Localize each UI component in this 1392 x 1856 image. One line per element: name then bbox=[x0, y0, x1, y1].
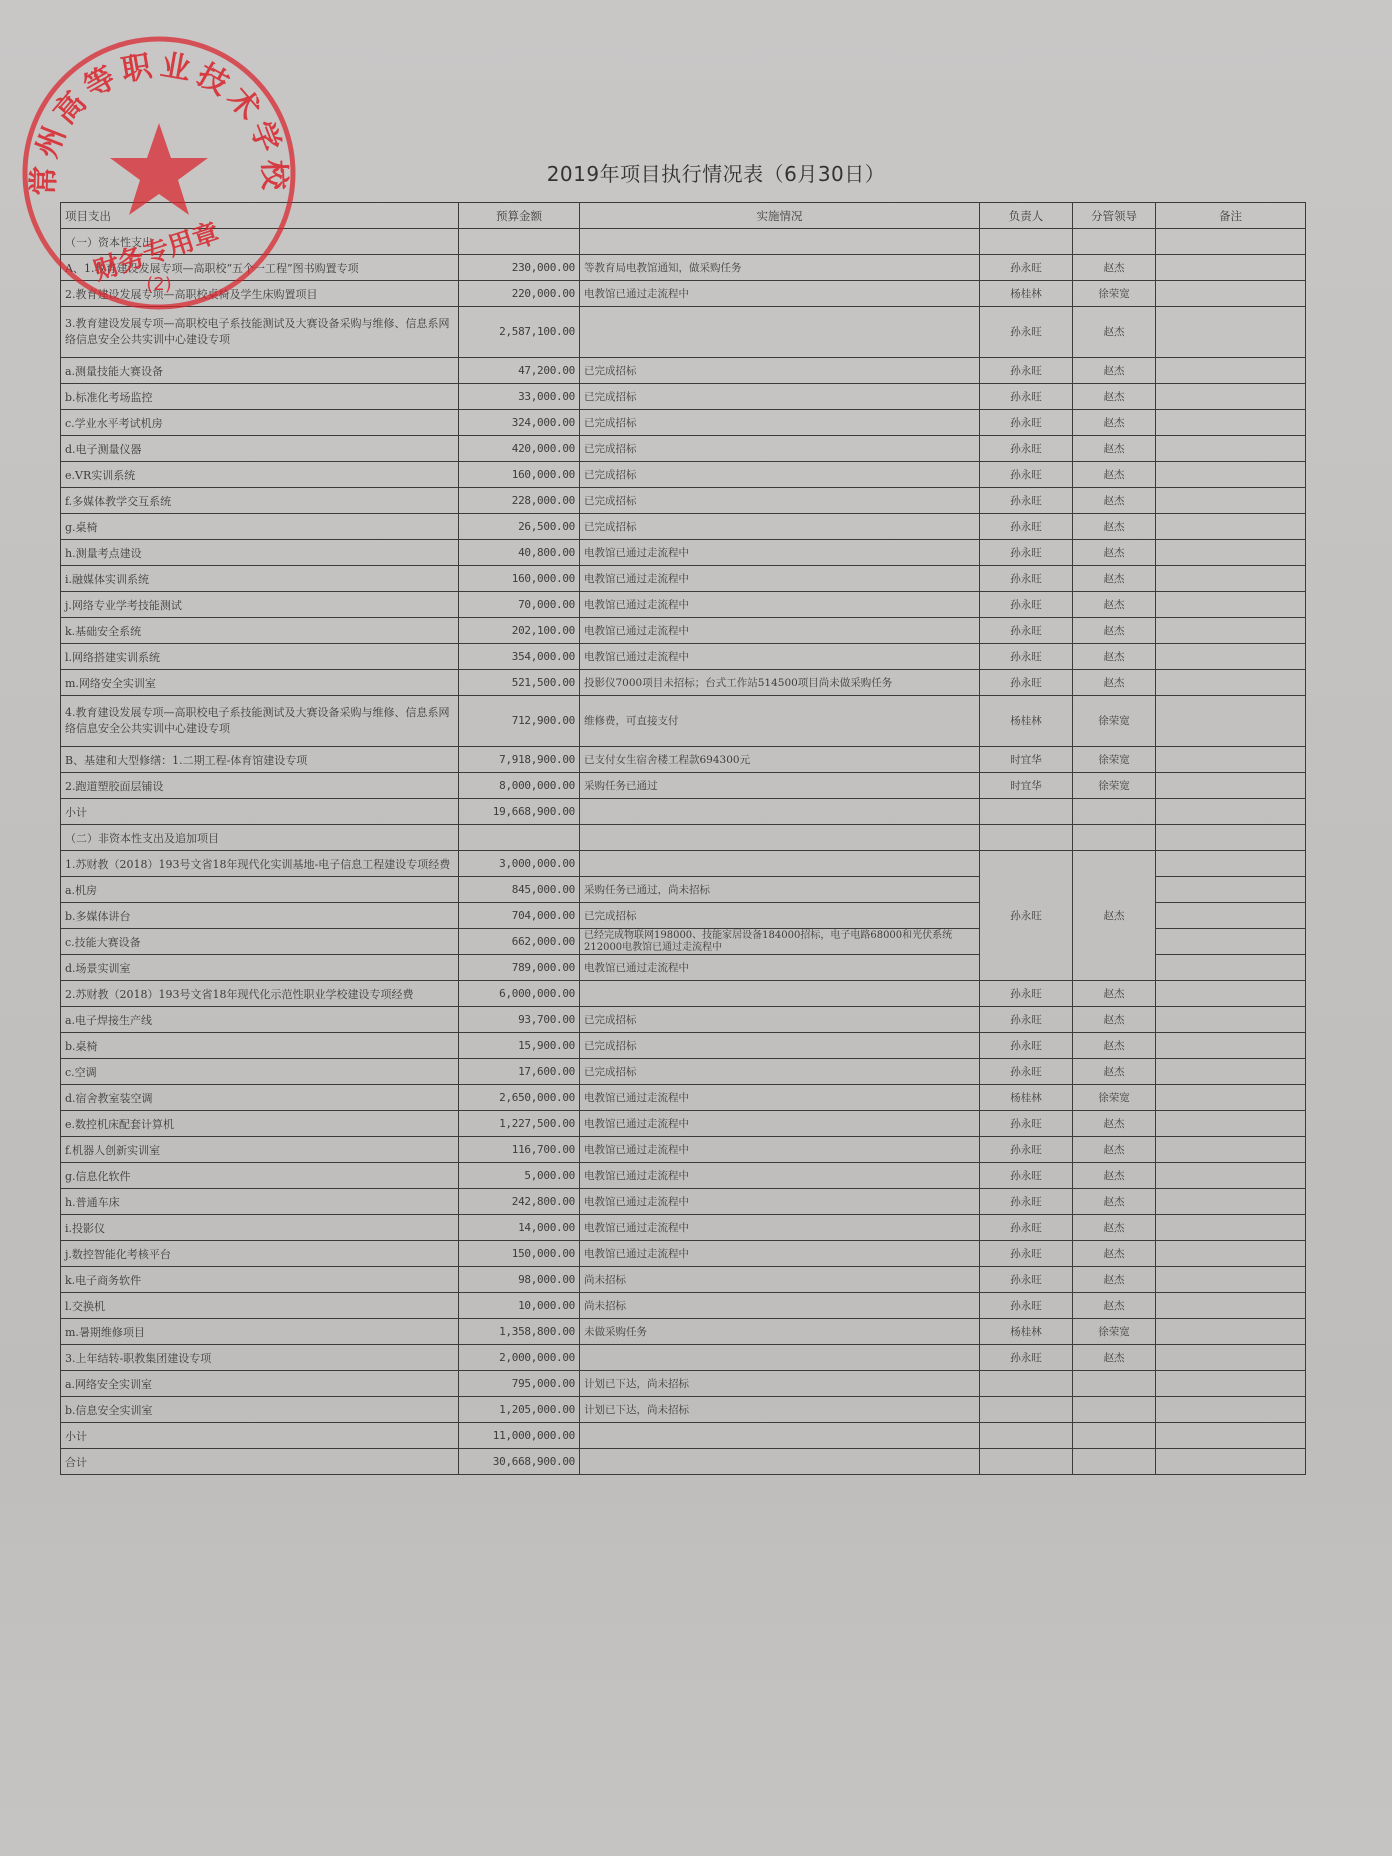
table-row: c.学业水平考试机房324,000.00已完成招标孙永旺赵杰 bbox=[61, 410, 1306, 436]
status-cell: 已支付女生宿舍楼工程款694300元 bbox=[580, 747, 980, 773]
status-cell: 已完成招标 bbox=[580, 488, 980, 514]
amount-cell: 521,500.00 bbox=[459, 670, 580, 696]
note-cell bbox=[1156, 1319, 1306, 1345]
item-cell: i.融媒体实训系统 bbox=[61, 566, 459, 592]
note-cell bbox=[1156, 1397, 1306, 1423]
person-cell: 孙永旺 bbox=[980, 307, 1073, 358]
note-cell bbox=[1156, 488, 1306, 514]
amount-cell: 220,000.00 bbox=[459, 281, 580, 307]
leader-cell: 赵杰 bbox=[1073, 1033, 1156, 1059]
note-cell bbox=[1156, 358, 1306, 384]
table-row: d.宿舍教室装空调2,650,000.00电教馆已通过走流程中杨桂林徐荣宽 bbox=[61, 1085, 1306, 1111]
item-cell: d.场景实训室 bbox=[61, 955, 459, 981]
header-status: 实施情况 bbox=[580, 203, 980, 229]
leader-cell: 赵杰 bbox=[1073, 644, 1156, 670]
item-cell: 2.跑道塑胶面层铺设 bbox=[61, 773, 459, 799]
leader-cell: 赵杰 bbox=[1073, 410, 1156, 436]
status-cell: 已完成招标 bbox=[580, 462, 980, 488]
table-row: c.空调17,600.00已完成招标孙永旺赵杰 bbox=[61, 1059, 1306, 1085]
table-row: a.网络安全实训室795,000.00计划已下达，尚未招标 bbox=[61, 1371, 1306, 1397]
note-cell bbox=[1156, 1059, 1306, 1085]
person-cell: 孙永旺 bbox=[980, 540, 1073, 566]
person-cell: 孙永旺 bbox=[980, 1007, 1073, 1033]
item-cell: f.多媒体教学交互系统 bbox=[61, 488, 459, 514]
note-cell bbox=[1156, 1033, 1306, 1059]
status-cell: 未做采购任务 bbox=[580, 1319, 980, 1345]
note-cell bbox=[1156, 410, 1306, 436]
item-cell: h.测量考点建设 bbox=[61, 540, 459, 566]
table-row: 小计11,000,000.00 bbox=[61, 1423, 1306, 1449]
table-row: e.数控机床配套计算机1,227,500.00电教馆已通过走流程中孙永旺赵杰 bbox=[61, 1111, 1306, 1137]
person-cell: 孙永旺 bbox=[980, 384, 1073, 410]
amount-cell: 40,800.00 bbox=[459, 540, 580, 566]
table-row: g.桌椅26,500.00已完成招标孙永旺赵杰 bbox=[61, 514, 1306, 540]
status-cell: 计划已下达，尚未招标 bbox=[580, 1397, 980, 1423]
leader-cell: 赵杰 bbox=[1073, 1163, 1156, 1189]
item-cell: a.机房 bbox=[61, 877, 459, 903]
note-cell bbox=[1156, 1423, 1306, 1449]
item-cell: a.网络安全实训室 bbox=[61, 1371, 459, 1397]
status-cell: 尚未招标 bbox=[580, 1267, 980, 1293]
leader-cell: 赵杰 bbox=[1073, 1215, 1156, 1241]
status-cell: 采购任务已通过，尚未招标 bbox=[580, 877, 980, 903]
status-cell: 已完成招标 bbox=[580, 358, 980, 384]
table-row: B、基建和大型修缮：1.二期工程-体育馆建设专项7,918,900.00已支付女… bbox=[61, 747, 1306, 773]
table-row: i.融媒体实训系统160,000.00电教馆已通过走流程中孙永旺赵杰 bbox=[61, 566, 1306, 592]
person-cell: 孙永旺 bbox=[980, 1111, 1073, 1137]
note-cell bbox=[1156, 696, 1306, 747]
item-cell: （一）资本性支出 bbox=[61, 229, 459, 255]
table-row: j.网络专业学考技能测试70,000.00电教馆已通过走流程中孙永旺赵杰 bbox=[61, 592, 1306, 618]
note-cell bbox=[1156, 877, 1306, 903]
note-cell bbox=[1156, 851, 1306, 877]
leader-cell: 赵杰 bbox=[1073, 1345, 1156, 1371]
item-cell: e.VR实训系统 bbox=[61, 462, 459, 488]
item-cell: b.多媒体讲台 bbox=[61, 903, 459, 929]
item-cell: 1.苏财教（2018）193号文省18年现代化实训基地-电子信息工程建设专项经费 bbox=[61, 851, 459, 877]
leader-cell: 赵杰 bbox=[1073, 358, 1156, 384]
person-cell: 孙永旺 bbox=[980, 255, 1073, 281]
item-cell: A、1.教育建设发展专项—高职校“五个一工程”图书购置专项 bbox=[61, 255, 459, 281]
status-cell: 电教馆已通过走流程中 bbox=[580, 540, 980, 566]
status-cell: 已完成招标 bbox=[580, 436, 980, 462]
table-row: a.测量技能大赛设备47,200.00已完成招标孙永旺赵杰 bbox=[61, 358, 1306, 384]
note-cell bbox=[1156, 566, 1306, 592]
person-cell: 孙永旺 bbox=[980, 1241, 1073, 1267]
leader-cell: 赵杰 bbox=[1073, 1007, 1156, 1033]
table-row: b.信息安全实训室1,205,000.00计划已下达，尚未招标 bbox=[61, 1397, 1306, 1423]
amount-cell: 98,000.00 bbox=[459, 1267, 580, 1293]
person-cell: 孙永旺 bbox=[980, 1215, 1073, 1241]
note-cell bbox=[1156, 384, 1306, 410]
note-cell bbox=[1156, 307, 1306, 358]
leader-cell bbox=[1073, 1449, 1156, 1475]
status-cell: 采购任务已通过 bbox=[580, 773, 980, 799]
status-cell bbox=[580, 1345, 980, 1371]
amount-cell: 1,358,800.00 bbox=[459, 1319, 580, 1345]
item-cell: g.桌椅 bbox=[61, 514, 459, 540]
table-row: l.网络搭建实训系统354,000.00电教馆已通过走流程中孙永旺赵杰 bbox=[61, 644, 1306, 670]
document-title: 2019年项目执行情况表（6月30日） bbox=[0, 158, 1392, 187]
amount-cell: 230,000.00 bbox=[459, 255, 580, 281]
status-cell: 电教馆已通过走流程中 bbox=[580, 592, 980, 618]
note-cell bbox=[1156, 825, 1306, 851]
note-cell bbox=[1156, 462, 1306, 488]
amount-cell: 2,650,000.00 bbox=[459, 1085, 580, 1111]
person-cell: 杨桂林 bbox=[980, 1085, 1073, 1111]
table-row: 4.教育建设发展专项—高职校电子系技能测试及大赛设备采购与维修、信息系网络信息安… bbox=[61, 696, 1306, 747]
amount-cell: 1,205,000.00 bbox=[459, 1397, 580, 1423]
amount-cell: 26,500.00 bbox=[459, 514, 580, 540]
amount-cell: 2,587,100.00 bbox=[459, 307, 580, 358]
person-cell: 孙永旺 bbox=[980, 1059, 1073, 1085]
leader-cell bbox=[1073, 1423, 1156, 1449]
table-row: 2.跑道塑胶面层铺设8,000,000.00采购任务已通过时宜华徐荣宽 bbox=[61, 773, 1306, 799]
leader-cell: 赵杰 bbox=[1073, 1189, 1156, 1215]
table-row: j.数控智能化考核平台150,000.00电教馆已通过走流程中孙永旺赵杰 bbox=[61, 1241, 1306, 1267]
amount-cell: 3,000,000.00 bbox=[459, 851, 580, 877]
note-cell bbox=[1156, 903, 1306, 929]
status-cell bbox=[580, 1449, 980, 1475]
person-cell: 孙永旺 bbox=[980, 981, 1073, 1007]
item-cell: c.技能大赛设备 bbox=[61, 929, 459, 955]
leader-cell bbox=[1073, 229, 1156, 255]
leader-cell: 赵杰 bbox=[1073, 1111, 1156, 1137]
person-cell: 杨桂林 bbox=[980, 281, 1073, 307]
leader-cell: 赵杰 bbox=[1073, 1293, 1156, 1319]
leader-cell: 徐荣宽 bbox=[1073, 696, 1156, 747]
amount-cell: 19,668,900.00 bbox=[459, 799, 580, 825]
status-cell bbox=[580, 825, 980, 851]
note-cell bbox=[1156, 644, 1306, 670]
table-row: 3.教育建设发展专项—高职校电子系技能测试及大赛设备采购与维修、信息系网络信息安… bbox=[61, 307, 1306, 358]
header-item: 项目支出 bbox=[61, 203, 459, 229]
amount-cell: 8,000,000.00 bbox=[459, 773, 580, 799]
amount-cell: 30,668,900.00 bbox=[459, 1449, 580, 1475]
status-cell bbox=[580, 307, 980, 358]
note-cell bbox=[1156, 281, 1306, 307]
status-cell bbox=[580, 799, 980, 825]
status-cell: 计划已下达，尚未招标 bbox=[580, 1371, 980, 1397]
leader-cell: 徐荣宽 bbox=[1073, 773, 1156, 799]
table-header-row: 项目支出 预算金额 实施情况 负责人 分管领导 备注 bbox=[61, 203, 1306, 229]
item-cell: 合计 bbox=[61, 1449, 459, 1475]
status-cell: 电教馆已通过走流程中 bbox=[580, 644, 980, 670]
status-cell: 已经完成物联网198000、技能家居设备184000招标，电子电路68000和光… bbox=[580, 929, 980, 955]
table-row: （二）非资本性支出及追加项目 bbox=[61, 825, 1306, 851]
note-cell bbox=[1156, 436, 1306, 462]
amount-cell: 10,000.00 bbox=[459, 1293, 580, 1319]
status-cell bbox=[580, 981, 980, 1007]
note-cell bbox=[1156, 1371, 1306, 1397]
note-cell bbox=[1156, 1215, 1306, 1241]
project-execution-table: 项目支出 预算金额 实施情况 负责人 分管领导 备注 （一）资本性支出A、1.教… bbox=[60, 202, 1306, 1475]
header-leader: 分管领导 bbox=[1073, 203, 1156, 229]
table-row: k.基础安全系统202,100.00电教馆已通过走流程中孙永旺赵杰 bbox=[61, 618, 1306, 644]
amount-cell: 712,900.00 bbox=[459, 696, 580, 747]
person-cell: 孙永旺 bbox=[980, 1293, 1073, 1319]
note-cell bbox=[1156, 255, 1306, 281]
person-cell: 孙永旺 bbox=[980, 1033, 1073, 1059]
amount-cell bbox=[459, 229, 580, 255]
item-cell: i.投影仪 bbox=[61, 1215, 459, 1241]
item-cell: 小计 bbox=[61, 1423, 459, 1449]
person-cell: 孙永旺 bbox=[980, 358, 1073, 384]
person-cell: 孙永旺 bbox=[980, 644, 1073, 670]
table-row: 合计30,668,900.00 bbox=[61, 1449, 1306, 1475]
item-cell: h.普通车床 bbox=[61, 1189, 459, 1215]
table-row: b.标准化考场监控33,000.00已完成招标孙永旺赵杰 bbox=[61, 384, 1306, 410]
status-cell: 已完成招标 bbox=[580, 514, 980, 540]
status-cell: 电教馆已通过走流程中 bbox=[580, 566, 980, 592]
item-cell: b.标准化考场监控 bbox=[61, 384, 459, 410]
amount-cell: 845,000.00 bbox=[459, 877, 580, 903]
status-cell: 已完成招标 bbox=[580, 1059, 980, 1085]
item-cell: （二）非资本性支出及追加项目 bbox=[61, 825, 459, 851]
amount-cell: 704,000.00 bbox=[459, 903, 580, 929]
item-cell: 2.苏财教（2018）193号文省18年现代化示范性职业学校建设专项经费 bbox=[61, 981, 459, 1007]
amount-cell: 160,000.00 bbox=[459, 566, 580, 592]
item-cell: g.信息化软件 bbox=[61, 1163, 459, 1189]
table-row: m.网络安全实训室521,500.00投影仪7000项目未招标；台式工作站514… bbox=[61, 670, 1306, 696]
person-cell: 孙永旺 bbox=[980, 488, 1073, 514]
leader-cell: 赵杰 bbox=[1073, 981, 1156, 1007]
table-row: 1.苏财教（2018）193号文省18年现代化实训基地-电子信息工程建设专项经费… bbox=[61, 851, 1306, 877]
person-cell: 孙永旺 bbox=[980, 1267, 1073, 1293]
person-cell: 孙永旺 bbox=[980, 566, 1073, 592]
status-cell: 已完成招标 bbox=[580, 410, 980, 436]
item-cell: m.暑期维修项目 bbox=[61, 1319, 459, 1345]
header-note: 备注 bbox=[1156, 203, 1306, 229]
item-cell: a.测量技能大赛设备 bbox=[61, 358, 459, 384]
person-cell bbox=[980, 1449, 1073, 1475]
leader-cell: 赵杰 bbox=[1073, 384, 1156, 410]
leader-cell bbox=[1073, 1397, 1156, 1423]
note-cell bbox=[1156, 929, 1306, 955]
table-row: f.机器人创新实训室116,700.00电教馆已通过走流程中孙永旺赵杰 bbox=[61, 1137, 1306, 1163]
amount-cell: 33,000.00 bbox=[459, 384, 580, 410]
status-cell: 电教馆已通过走流程中 bbox=[580, 281, 980, 307]
leader-cell: 赵杰 bbox=[1073, 670, 1156, 696]
item-cell: a.电子焊接生产线 bbox=[61, 1007, 459, 1033]
status-cell: 已完成招标 bbox=[580, 1007, 980, 1033]
leader-cell: 赵杰 bbox=[1073, 1241, 1156, 1267]
item-cell: d.宿舍教室装空调 bbox=[61, 1085, 459, 1111]
status-cell: 电教馆已通过走流程中 bbox=[580, 1215, 980, 1241]
amount-cell: 160,000.00 bbox=[459, 462, 580, 488]
table-row: k.电子商务软件98,000.00尚未招标孙永旺赵杰 bbox=[61, 1267, 1306, 1293]
item-cell: k.电子商务软件 bbox=[61, 1267, 459, 1293]
status-cell: 电教馆已通过走流程中 bbox=[580, 1085, 980, 1111]
leader-cell: 赵杰 bbox=[1073, 618, 1156, 644]
header-amount: 预算金额 bbox=[459, 203, 580, 229]
amount-cell: 93,700.00 bbox=[459, 1007, 580, 1033]
note-cell bbox=[1156, 773, 1306, 799]
table-row: a.电子焊接生产线93,700.00已完成招标孙永旺赵杰 bbox=[61, 1007, 1306, 1033]
amount-cell: 789,000.00 bbox=[459, 955, 580, 981]
person-cell bbox=[980, 1397, 1073, 1423]
note-cell bbox=[1156, 514, 1306, 540]
status-cell: 已完成招标 bbox=[580, 903, 980, 929]
amount-cell: 7,918,900.00 bbox=[459, 747, 580, 773]
table-row: h.普通车床242,800.00电教馆已通过走流程中孙永旺赵杰 bbox=[61, 1189, 1306, 1215]
leader-cell: 徐荣宽 bbox=[1073, 1319, 1156, 1345]
amount-cell: 202,100.00 bbox=[459, 618, 580, 644]
item-cell: f.机器人创新实训室 bbox=[61, 1137, 459, 1163]
leader-cell: 徐荣宽 bbox=[1073, 1085, 1156, 1111]
table-row: A、1.教育建设发展专项—高职校“五个一工程”图书购置专项230,000.00等… bbox=[61, 255, 1306, 281]
leader-cell: 赵杰 bbox=[1073, 514, 1156, 540]
amount-cell: 15,900.00 bbox=[459, 1033, 580, 1059]
table-row: g.信息化软件5,000.00电教馆已通过走流程中孙永旺赵杰 bbox=[61, 1163, 1306, 1189]
note-cell bbox=[1156, 1085, 1306, 1111]
status-cell: 电教馆已通过走流程中 bbox=[580, 1111, 980, 1137]
note-cell bbox=[1156, 618, 1306, 644]
amount-cell: 150,000.00 bbox=[459, 1241, 580, 1267]
item-cell: d.电子测量仪器 bbox=[61, 436, 459, 462]
person-cell: 孙永旺 bbox=[980, 1189, 1073, 1215]
table-row: d.电子测量仪器420,000.00已完成招标孙永旺赵杰 bbox=[61, 436, 1306, 462]
note-cell bbox=[1156, 1241, 1306, 1267]
table-row: 2.教育建设发展专项—高职校桌椅及学生床购置项目220,000.00电教馆已通过… bbox=[61, 281, 1306, 307]
person-cell: 杨桂林 bbox=[980, 1319, 1073, 1345]
table-row: b.桌椅15,900.00已完成招标孙永旺赵杰 bbox=[61, 1033, 1306, 1059]
status-cell: 电教馆已通过走流程中 bbox=[580, 618, 980, 644]
amount-cell: 17,600.00 bbox=[459, 1059, 580, 1085]
status-cell: 电教馆已通过走流程中 bbox=[580, 1241, 980, 1267]
person-cell: 时宜华 bbox=[980, 747, 1073, 773]
status-cell: 电教馆已通过走流程中 bbox=[580, 1137, 980, 1163]
person-cell: 孙永旺 bbox=[980, 670, 1073, 696]
amount-cell: 5,000.00 bbox=[459, 1163, 580, 1189]
item-cell: 3.教育建设发展专项—高职校电子系技能测试及大赛设备采购与维修、信息系网络信息安… bbox=[61, 307, 459, 358]
leader-cell: 赵杰 bbox=[1073, 566, 1156, 592]
leader-cell bbox=[1073, 825, 1156, 851]
amount-cell: 795,000.00 bbox=[459, 1371, 580, 1397]
item-cell: b.桌椅 bbox=[61, 1033, 459, 1059]
person-cell bbox=[980, 825, 1073, 851]
leader-cell: 赵杰 bbox=[1073, 488, 1156, 514]
table-row: h.测量考点建设40,800.00电教馆已通过走流程中孙永旺赵杰 bbox=[61, 540, 1306, 566]
table-row: （一）资本性支出 bbox=[61, 229, 1306, 255]
status-cell: 已完成招标 bbox=[580, 1033, 980, 1059]
status-cell: 电教馆已通过走流程中 bbox=[580, 955, 980, 981]
status-cell: 投影仪7000项目未招标；台式工作站514500项目尚未做采购任务 bbox=[580, 670, 980, 696]
note-cell bbox=[1156, 540, 1306, 566]
leader-cell: 赵杰 bbox=[1073, 851, 1156, 981]
amount-cell: 116,700.00 bbox=[459, 1137, 580, 1163]
person-cell bbox=[980, 1371, 1073, 1397]
amount-cell: 354,000.00 bbox=[459, 644, 580, 670]
amount-cell: 14,000.00 bbox=[459, 1215, 580, 1241]
item-cell: j.数控智能化考核平台 bbox=[61, 1241, 459, 1267]
person-cell: 孙永旺 bbox=[980, 592, 1073, 618]
table-row: i.投影仪14,000.00电教馆已通过走流程中孙永旺赵杰 bbox=[61, 1215, 1306, 1241]
amount-cell: 420,000.00 bbox=[459, 436, 580, 462]
amount-cell: 2,000,000.00 bbox=[459, 1345, 580, 1371]
person-cell: 孙永旺 bbox=[980, 1137, 1073, 1163]
item-cell: j.网络专业学考技能测试 bbox=[61, 592, 459, 618]
status-cell bbox=[580, 1423, 980, 1449]
leader-cell bbox=[1073, 799, 1156, 825]
leader-cell: 赵杰 bbox=[1073, 592, 1156, 618]
table-body: （一）资本性支出A、1.教育建设发展专项—高职校“五个一工程”图书购置专项230… bbox=[61, 229, 1306, 1475]
note-cell bbox=[1156, 955, 1306, 981]
note-cell bbox=[1156, 747, 1306, 773]
leader-cell: 赵杰 bbox=[1073, 1137, 1156, 1163]
amount-cell: 228,000.00 bbox=[459, 488, 580, 514]
leader-cell: 赵杰 bbox=[1073, 436, 1156, 462]
amount-cell bbox=[459, 825, 580, 851]
note-cell bbox=[1156, 229, 1306, 255]
table-row: e.VR实训系统160,000.00已完成招标孙永旺赵杰 bbox=[61, 462, 1306, 488]
leader-cell: 赵杰 bbox=[1073, 462, 1156, 488]
person-cell: 孙永旺 bbox=[980, 514, 1073, 540]
leader-cell: 赵杰 bbox=[1073, 1267, 1156, 1293]
person-cell: 孙永旺 bbox=[980, 436, 1073, 462]
person-cell bbox=[980, 799, 1073, 825]
note-cell bbox=[1156, 1111, 1306, 1137]
table-row: 2.苏财教（2018）193号文省18年现代化示范性职业学校建设专项经费6,00… bbox=[61, 981, 1306, 1007]
leader-cell: 赵杰 bbox=[1073, 1059, 1156, 1085]
item-cell: l.交换机 bbox=[61, 1293, 459, 1319]
note-cell bbox=[1156, 981, 1306, 1007]
person-cell: 孙永旺 bbox=[980, 618, 1073, 644]
amount-cell: 242,800.00 bbox=[459, 1189, 580, 1215]
table-row: 小计19,668,900.00 bbox=[61, 799, 1306, 825]
person-cell bbox=[980, 229, 1073, 255]
status-cell: 已完成招标 bbox=[580, 384, 980, 410]
amount-cell: 662,000.00 bbox=[459, 929, 580, 955]
status-cell: 电教馆已通过走流程中 bbox=[580, 1163, 980, 1189]
amount-cell: 70,000.00 bbox=[459, 592, 580, 618]
person-cell: 时宜华 bbox=[980, 773, 1073, 799]
item-cell: B、基建和大型修缮：1.二期工程-体育馆建设专项 bbox=[61, 747, 459, 773]
item-cell: c.学业水平考试机房 bbox=[61, 410, 459, 436]
person-cell: 孙永旺 bbox=[980, 410, 1073, 436]
leader-cell: 赵杰 bbox=[1073, 255, 1156, 281]
item-cell: b.信息安全实训室 bbox=[61, 1397, 459, 1423]
note-cell bbox=[1156, 1293, 1306, 1319]
person-cell: 孙永旺 bbox=[980, 462, 1073, 488]
table-row: 3.上年结转-职教集团建设专项2,000,000.00孙永旺赵杰 bbox=[61, 1345, 1306, 1371]
item-cell: 2.教育建设发展专项—高职校桌椅及学生床购置项目 bbox=[61, 281, 459, 307]
note-cell bbox=[1156, 1345, 1306, 1371]
note-cell bbox=[1156, 670, 1306, 696]
item-cell: l.网络搭建实训系统 bbox=[61, 644, 459, 670]
amount-cell: 324,000.00 bbox=[459, 410, 580, 436]
amount-cell: 47,200.00 bbox=[459, 358, 580, 384]
person-cell: 杨桂林 bbox=[980, 696, 1073, 747]
status-cell bbox=[580, 229, 980, 255]
status-cell: 尚未招标 bbox=[580, 1293, 980, 1319]
leader-cell: 徐荣宽 bbox=[1073, 281, 1156, 307]
item-cell: c.空调 bbox=[61, 1059, 459, 1085]
leader-cell: 赵杰 bbox=[1073, 307, 1156, 358]
person-cell bbox=[980, 1423, 1073, 1449]
amount-cell: 11,000,000.00 bbox=[459, 1423, 580, 1449]
leader-cell bbox=[1073, 1371, 1156, 1397]
note-cell bbox=[1156, 1137, 1306, 1163]
note-cell bbox=[1156, 592, 1306, 618]
table-row: m.暑期维修项目1,358,800.00未做采购任务杨桂林徐荣宽 bbox=[61, 1319, 1306, 1345]
person-cell: 孙永旺 bbox=[980, 1345, 1073, 1371]
person-cell: 孙永旺 bbox=[980, 1163, 1073, 1189]
item-cell: 小计 bbox=[61, 799, 459, 825]
status-cell: 电教馆已通过走流程中 bbox=[580, 1189, 980, 1215]
person-cell: 孙永旺 bbox=[980, 851, 1073, 981]
note-cell bbox=[1156, 1007, 1306, 1033]
